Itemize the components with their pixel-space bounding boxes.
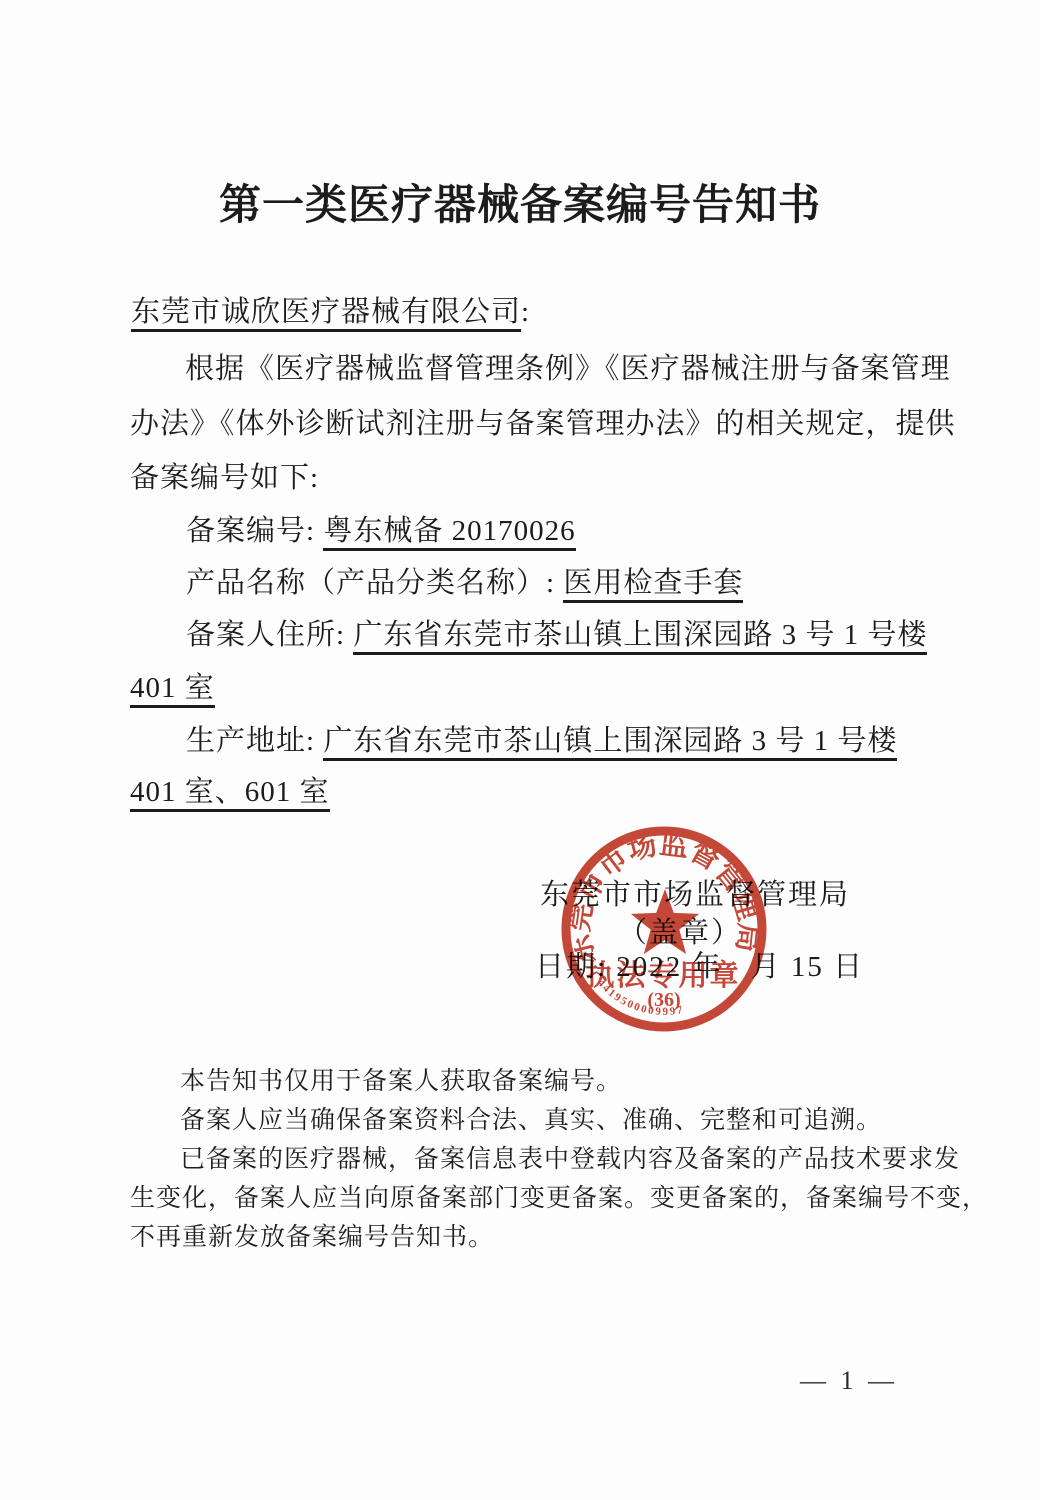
seal-number: (36) <box>647 989 680 1011</box>
note-line-3: 已备案的医疗器械，备案信息表中登载内容及备案的产品技术要求发 <box>130 1140 930 1179</box>
issue-date-prefix: 日期: 2022 年 <box>535 951 723 983</box>
recipient-line: 东莞市诚欣医疗器械有限公司: <box>131 289 530 330</box>
production-address-value-2: 401 室、601 室 <box>130 776 330 812</box>
production-address-continuation: 401 室、601 室 <box>130 769 330 810</box>
page-number: — 1 — <box>800 1366 898 1396</box>
intro-line-3: 备案编号如下: <box>130 455 319 496</box>
production-address-line: 生产地址: 广东省东莞市茶山镇上围深园路 3 号 1 号楼 <box>186 718 897 759</box>
issuing-authority: 东莞市市场监督管理局 <box>540 872 850 913</box>
registrant-address-value-1: 广东省东莞市茶山镇上围深园路 3 号 1 号楼 <box>353 619 927 655</box>
registrant-address-label: 备案人住所: <box>186 619 353 651</box>
production-address-value-1: 广东省东莞市茶山镇上围深园路 3 号 1 号楼 <box>323 725 897 761</box>
scanned-document-page: 第一类医疗器械备案编号告知书 东莞市诚欣医疗器械有限公司: 根据《医疗器械监督管… <box>0 0 1040 1500</box>
registrant-address-value-2: 401 室 <box>130 672 215 708</box>
document-title: 第一类医疗器械备案编号告知书 <box>0 172 1040 232</box>
note-line-1: 本告知书仅用于备案人获取备案编号。 <box>130 1062 930 1101</box>
registrant-address-continuation: 401 室 <box>130 665 215 706</box>
product-name-label: 产品名称（产品分类名称）: <box>186 567 563 599</box>
registrant-address-line: 备案人住所: 广东省东莞市茶山镇上围深园路 3 号 1 号楼 <box>186 612 927 653</box>
filing-number-value: 粤东械备 20170026 <box>323 515 575 551</box>
filing-number-line: 备案编号: 粤东械备 20170026 <box>186 508 576 549</box>
recipient-name: 东莞市诚欣医疗器械有限公司 <box>131 296 521 332</box>
product-name-value: 医用检查手套 <box>563 567 743 603</box>
intro-line-2: 办法》《体外诊断试剂注册与备案管理办法》的相关规定，提供 <box>130 401 956 442</box>
footer-notes: 本告知书仅用于备案人获取备案编号。 备案人应当确保备案资料合法、真实、准确、完整… <box>130 1062 930 1257</box>
production-address-label: 生产地址: <box>186 725 323 757</box>
intro-line-1: 根据《医疗器械监督管理条例》《医疗器械注册与备案管理 <box>185 346 951 387</box>
filing-number-label: 备案编号: <box>186 515 323 547</box>
note-line-4: 生变化，备案人应当向原备案部门变更备案。变更备案的，备案编号不变， <box>130 1179 930 1218</box>
issue-date-suffix: 月 15 日 <box>751 951 865 983</box>
note-line-2: 备案人应当确保备案资料合法、真实、准确、完整和可追溯。 <box>130 1101 930 1140</box>
product-name-line: 产品名称（产品分类名称）: 医用检查手套 <box>186 560 743 601</box>
recipient-colon: : <box>521 296 530 328</box>
note-line-5: 不再重新发放备案编号告知书。 <box>130 1218 930 1257</box>
issue-date-line: 日期: 2022 年月 15 日 <box>535 944 864 985</box>
